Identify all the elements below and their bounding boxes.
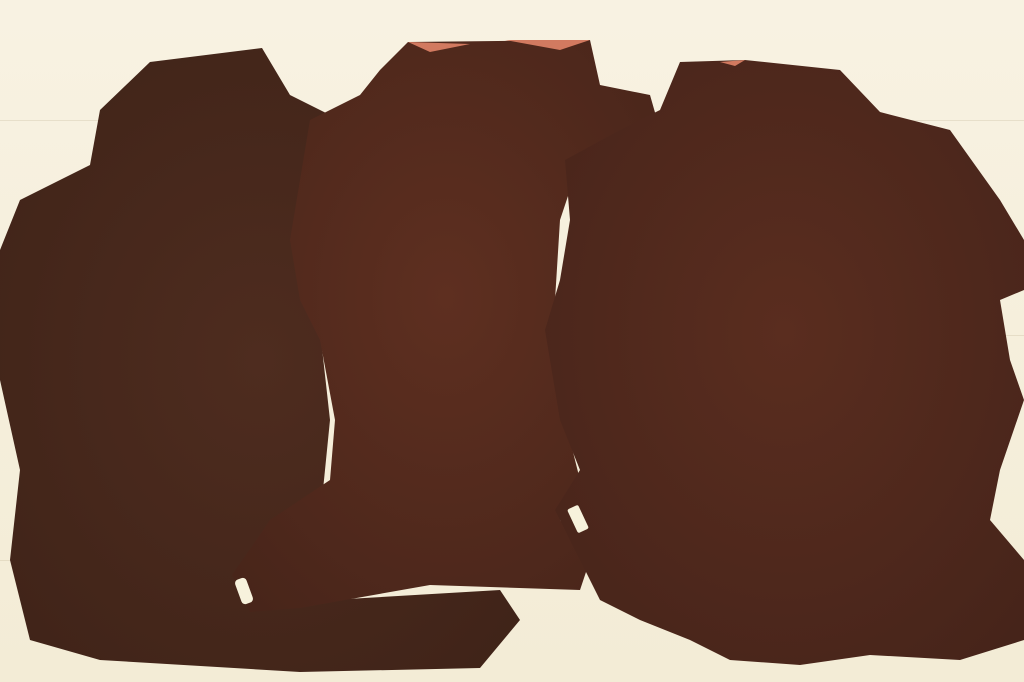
leather-hides — [0, 0, 1024, 682]
photo-scene — [0, 0, 1024, 682]
right-hide — [545, 60, 1024, 665]
